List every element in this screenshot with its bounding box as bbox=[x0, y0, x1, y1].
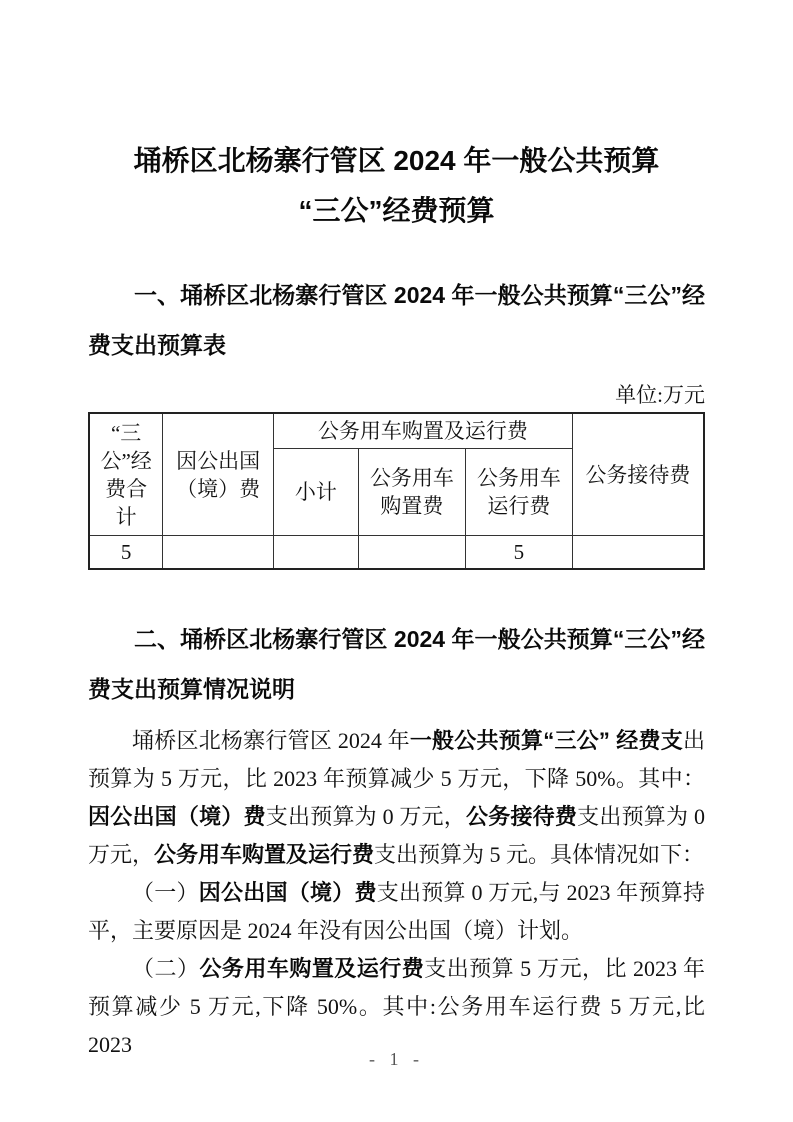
header-cell-abroad: 因公出国（境）费 bbox=[163, 413, 274, 536]
bold-text-run: 因公出国（境）费 bbox=[88, 804, 266, 829]
document-title-line2: “三公”经费预算 bbox=[88, 186, 705, 236]
bold-text-run: 因公出国（境）费 bbox=[199, 880, 377, 905]
cell-abroad-value bbox=[163, 536, 274, 570]
text-run: 支出预算为 0 万元， bbox=[266, 804, 466, 829]
cell-purchase-value bbox=[358, 536, 465, 570]
table-header-row-1: “三公”经费合计 因公出国（境）费 公务用车购置及运行费 公务接待费 bbox=[89, 413, 704, 449]
cell-total-value: 5 bbox=[89, 536, 163, 570]
paragraph-item-1: （一）因公出国（境）费支出预算 0 万元,与 2023 年预算持平，主要原因是 … bbox=[88, 874, 705, 950]
cell-reception-value bbox=[572, 536, 704, 570]
budget-table: “三公”经费合计 因公出国（境）费 公务用车购置及运行费 公务接待费 小计 公务… bbox=[88, 412, 705, 570]
page-number: - 1 - bbox=[0, 1049, 793, 1070]
text-run: 支出预算为 5 元。具体情况如下： bbox=[374, 842, 704, 867]
text-run: （二） bbox=[132, 956, 199, 981]
document-title: 埇桥区北杨寨行管区 2024 年一般公共预算 “三公”经费预算 bbox=[88, 136, 705, 236]
cell-operation-value: 5 bbox=[465, 536, 572, 570]
header-cell-vehicle-group: 公务用车购置及运行费 bbox=[273, 413, 572, 449]
cell-subtotal-value bbox=[273, 536, 358, 570]
bold-text-run: 公务用车购置及运行费 bbox=[154, 842, 374, 867]
text-run: 埇桥区北杨寨行管区 2024 年 bbox=[132, 728, 410, 753]
header-cell-reception: 公务接待费 bbox=[572, 413, 704, 536]
header-cell-operation: 公务用车运行费 bbox=[465, 449, 572, 536]
document-title-line1: 埇桥区北杨寨行管区 2024 年一般公共预算 bbox=[88, 136, 705, 186]
header-cell-purchase: 公务用车购置费 bbox=[358, 449, 465, 536]
paragraph-item-2: （二）公务用车购置及运行费支出预算 5 万元，比 2023 年预算减少 5 万元… bbox=[88, 950, 705, 1064]
header-cell-subtotal: 小计 bbox=[273, 449, 358, 536]
document-page: 埇桥区北杨寨行管区 2024 年一般公共预算 “三公”经费预算 一、埇桥区北杨寨… bbox=[0, 0, 793, 1122]
bold-text-run: 公务接待费 bbox=[466, 804, 577, 829]
table-data-row: 5 5 bbox=[89, 536, 704, 570]
header-cell-total: “三公”经费合计 bbox=[89, 413, 163, 536]
bold-text-run: 一般公共预算“三公” 经费支 bbox=[410, 728, 683, 753]
paragraph-overview: 埇桥区北杨寨行管区 2024 年一般公共预算“三公” 经费支出预算为 5 万元，… bbox=[88, 722, 705, 874]
text-run: （一） bbox=[132, 880, 199, 905]
page-content: 埇桥区北杨寨行管区 2024 年一般公共预算 “三公”经费预算 一、埇桥区北杨寨… bbox=[0, 136, 793, 1064]
section1-heading: 一、埇桥区北杨寨行管区 2024 年一般公共预算“三公”经费支出预算表 bbox=[88, 270, 705, 370]
section2-heading: 二、埇桥区北杨寨行管区 2024 年一般公共预算“三公”经费支出预算情况说明 bbox=[88, 614, 705, 714]
table-unit-label: 单位:万元 bbox=[88, 382, 705, 408]
bold-text-run: 公务用车购置及运行费 bbox=[199, 956, 424, 981]
